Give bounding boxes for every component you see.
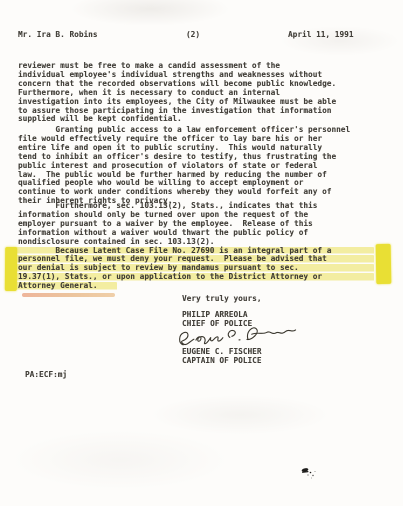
paragraph-2: Granting public access to a law enforcem… <box>18 126 350 206</box>
ink-smudge-mark <box>297 463 325 483</box>
header-date: April 11, 1991 <box>288 31 354 40</box>
right-margin-highlight-mark <box>376 244 392 284</box>
highlighted-paragraph: Because Latent Case File No. 27690 is an… <box>14 247 374 291</box>
signer2-name-title: EUGENE C. FISCHER CAPTAIN OF POLICE <box>182 348 262 366</box>
highlighted-line: Attorney General. <box>14 282 117 291</box>
header-recipient: Mr. Ira B. Robins <box>18 31 98 40</box>
left-margin-highlight-mark <box>5 247 17 291</box>
orange-underline-mark <box>22 293 115 298</box>
paragraph-3: Furthermore, sec. 103.13(2), Stats., ind… <box>18 202 317 247</box>
header-page-number: (2) <box>186 31 200 40</box>
reference-initials: PA:ECF:mj <box>25 371 67 380</box>
valediction: Very truly yours, <box>182 295 262 304</box>
paragraph-1: reviewer must be free to make a candid a… <box>18 62 336 124</box>
scan-texture <box>70 0 230 26</box>
ink-smudge <box>297 463 325 487</box>
scan-texture <box>10 430 230 490</box>
scanned-letter-page: Mr. Ira B. Robins (2) April 11, 1991 rev… <box>0 0 403 506</box>
scan-texture <box>150 395 330 435</box>
